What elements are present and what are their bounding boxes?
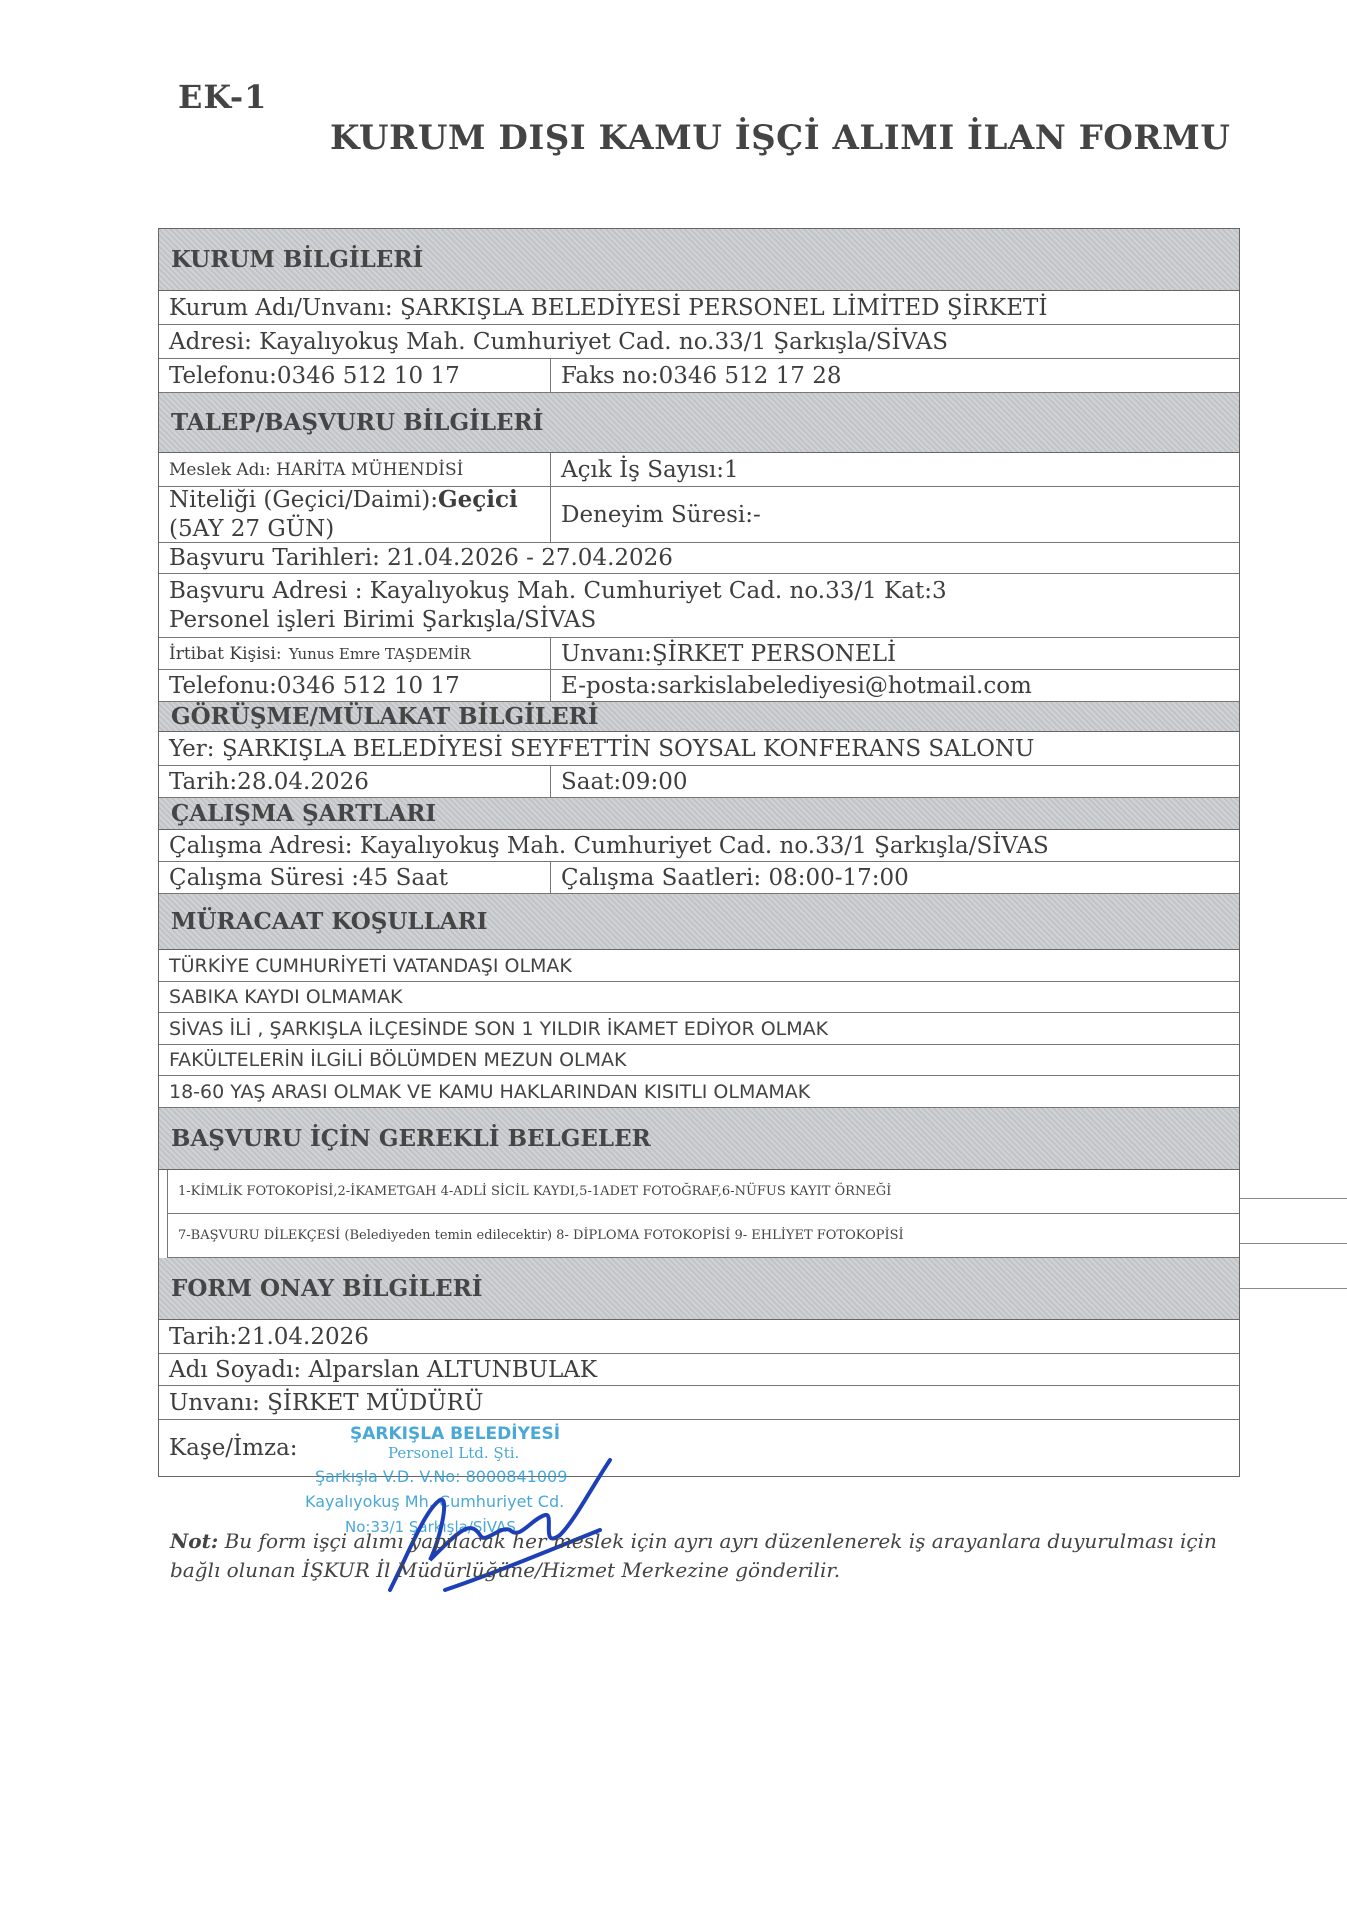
talep-nature-row: Niteliği (Geçici/Daimi):Geçici(5AY 27 GÜ… — [159, 487, 1239, 543]
kurum-address: Adresi: Kayalıyokuş Mah. Cumhuriyet Cad.… — [159, 325, 1239, 358]
section-onay-header: FORM ONAY BİLGİLERİ — [159, 1258, 1239, 1320]
section-kosullar-header: MÜRACAAT KOŞULLARI — [159, 894, 1239, 950]
work-hours: Çalışma Saatleri: 08:00-17:00 — [551, 862, 1239, 893]
talep-phone-row: Telefonu:0346 512 10 17 E-posta:sarkisla… — [159, 670, 1239, 702]
contact-name: Yunus Emre TAŞDEMİR — [289, 645, 471, 663]
onay-name-row: Adı Soyadı: Alparslan ALTUNBULAK — [159, 1354, 1239, 1386]
approver-title: Unvanı: ŞİRKET MÜDÜRÜ — [159, 1386, 1239, 1419]
condition-item: SİVAS İLİ , ŞARKIŞLA İLÇESİNDE SON 1 YIL… — [159, 1013, 1239, 1045]
open-positions: Açık İş Sayısı:1 — [551, 453, 1239, 486]
divider-line — [1240, 1198, 1347, 1199]
section-mulakat-header: GÖRÜŞME/MÜLAKAT BİLGİLERİ — [159, 702, 1239, 732]
note-label: Not: — [170, 1529, 218, 1553]
condition-text: 18-60 YAŞ ARASI OLMAK VE KAMU HAKLARINDA… — [159, 1076, 1239, 1107]
talep-profession-row: Meslek Adı: HARİTA MÜHENDİSİ Açık İş Say… — [159, 453, 1239, 487]
application-dates: Başvuru Tarihleri: 21.04.2026 - 27.04.20… — [159, 543, 1239, 573]
document-text: 1-KİMLİK FOTOKOPİSİ,2-İKAMETGAH 4-ADLİ S… — [168, 1170, 1239, 1213]
document-item: 1-KİMLİK FOTOKOPİSİ,2-İKAMETGAH 4-ADLİ S… — [167, 1170, 1239, 1214]
section-kurum-header: KURUM BİLGİLERİ — [159, 229, 1239, 291]
form-title: KURUM DIŞI KAMU İŞÇİ ALIMI İLAN FORMU — [330, 118, 1230, 158]
calisma-time-row: Çalışma Süresi :45 Saat Çalışma Saatleri… — [159, 862, 1239, 894]
application-address: Başvuru Adresi : Kayalıyokuş Mah. Cumhur… — [159, 574, 1239, 637]
contact-person: İrtibat Kişisi: Yunus Emre TAŞDEMİR — [159, 638, 551, 669]
footnote: Not: Bu form işçi alımı yapılacak her me… — [170, 1527, 1250, 1585]
application-address-line1: Başvuru Adresi : Kayalıyokuş Mah. Cumhur… — [169, 578, 947, 604]
mulakat-datetime-row: Tarih:28.04.2026 Saat:09:00 — [159, 766, 1239, 798]
condition-text: SİVAS İLİ , ŞARKIŞLA İLÇESİNDE SON 1 YIL… — [159, 1013, 1239, 1044]
condition-text: FAKÜLTELERİN İLGİLİ BÖLÜMDEN MEZUN OLMAK — [159, 1045, 1239, 1075]
profession: Meslek Adı: HARİTA MÜHENDİSİ — [159, 453, 551, 486]
section-belgeler-header: BAŞVURU İÇİN GEREKLİ BELGELER — [159, 1108, 1239, 1170]
document-text: 7-BAŞVURU DİLEKÇESİ (Belediyeden temin e… — [168, 1214, 1239, 1257]
condition-item: SABIKA KAYDI OLMAMAK — [159, 982, 1239, 1013]
kurum-address-row: Adresi: Kayalıyokuş Mah. Cumhuriyet Cad.… — [159, 325, 1239, 359]
talep-address-row: Başvuru Adresi : Kayalıyokuş Mah. Cumhur… — [159, 574, 1239, 638]
condition-text: TÜRKİYE CUMHURİYETİ VATANDAŞI OLMAK — [159, 950, 1239, 981]
divider-line — [1240, 1288, 1347, 1289]
condition-item: 18-60 YAŞ ARASI OLMAK VE KAMU HAKLARINDA… — [159, 1076, 1239, 1108]
onay-date-row: Tarih:21.04.2026 — [159, 1320, 1239, 1354]
approver-name: Adı Soyadı: Alparslan ALTUNBULAK — [159, 1354, 1239, 1385]
condition-item: TÜRKİYE CUMHURİYETİ VATANDAŞI OLMAK — [159, 950, 1239, 982]
work-duration: Çalışma Süresi :45 Saat — [159, 862, 551, 893]
nature-duration: (5AY 27 GÜN) — [169, 516, 334, 542]
annex-label: EK-1 — [178, 78, 267, 116]
interview-time: Saat:09:00 — [551, 766, 1239, 797]
kurum-phone: Telefonu:0346 512 10 17 — [159, 359, 551, 392]
talep-dates-row: Başvuru Tarihleri: 21.04.2026 - 27.04.20… — [159, 543, 1239, 574]
talep-email[interactable]: E-posta:sarkislabelediyesi@hotmail.com — [551, 670, 1239, 701]
mulakat-place-row: Yer: ŞARKIŞLA BELEDİYESİ SEYFETTİN SOYSA… — [159, 732, 1239, 766]
application-address-line2: Personel işleri Birimi Şarkışla/SİVAS — [169, 607, 596, 633]
stamp-signature-label: Kaşe/İmza: — [159, 1420, 1239, 1476]
nature-label: Niteliği (Geçici/Daimi): — [169, 487, 438, 513]
approval-date: Tarih:21.04.2026 — [159, 1320, 1239, 1353]
condition-item: FAKÜLTELERİN İLGİLİ BÖLÜMDEN MEZUN OLMAK — [159, 1045, 1239, 1076]
work-address: Çalışma Adresi: Kayalıyokuş Mah. Cumhuri… — [159, 830, 1239, 861]
onay-stamp-row: Kaşe/İmza: — [159, 1420, 1239, 1476]
section-talep-header: TALEP/BAŞVURU BİLGİLERİ — [159, 393, 1239, 453]
nature-value: Geçici — [438, 486, 518, 513]
contact-title: Unvanı:ŞİRKET PERSONELİ — [551, 638, 1239, 669]
job-posting-form: KURUM BİLGİLERİ Kurum Adı/Unvanı: ŞARKIŞ… — [158, 228, 1240, 1477]
kurum-name-row: Kurum Adı/Unvanı: ŞARKIŞLA BELEDİYESİ PE… — [159, 291, 1239, 325]
experience: Deneyim Süresi:- — [551, 487, 1239, 542]
talep-phone: Telefonu:0346 512 10 17 — [159, 670, 551, 701]
interview-date: Tarih:28.04.2026 — [159, 766, 551, 797]
section-calisma-header: ÇALIŞMA ŞARTLARI — [159, 798, 1239, 830]
stamp-line: Kayalıyokuş Mh. Cumhuriyet Cd. — [305, 1492, 564, 1511]
kurum-fax: Faks no:0346 512 17 28 — [551, 359, 1239, 392]
divider-line — [1240, 1243, 1347, 1244]
document-item: 7-BAŞVURU DİLEKÇESİ (Belediyeden temin e… — [167, 1214, 1239, 1258]
note-text: Bu form işçi alımı yapılacak her meslek … — [170, 1529, 1217, 1582]
onay-title-row: Unvanı: ŞİRKET MÜDÜRÜ — [159, 1386, 1239, 1420]
talep-contact-row: İrtibat Kişisi: Yunus Emre TAŞDEMİR Unva… — [159, 638, 1239, 670]
interview-place: Yer: ŞARKIŞLA BELEDİYESİ SEYFETTİN SOYSA… — [159, 732, 1239, 765]
nature: Niteliği (Geçici/Daimi):Geçici(5AY 27 GÜ… — [159, 487, 551, 542]
kurum-name: Kurum Adı/Unvanı: ŞARKIŞLA BELEDİYESİ PE… — [159, 291, 1239, 324]
kurum-contact-row: Telefonu:0346 512 10 17 Faks no:0346 512… — [159, 359, 1239, 393]
condition-text: SABIKA KAYDI OLMAMAK — [159, 982, 1239, 1012]
calisma-address-row: Çalışma Adresi: Kayalıyokuş Mah. Cumhuri… — [159, 830, 1239, 862]
contact-label: İrtibat Kişisi: — [169, 644, 282, 664]
